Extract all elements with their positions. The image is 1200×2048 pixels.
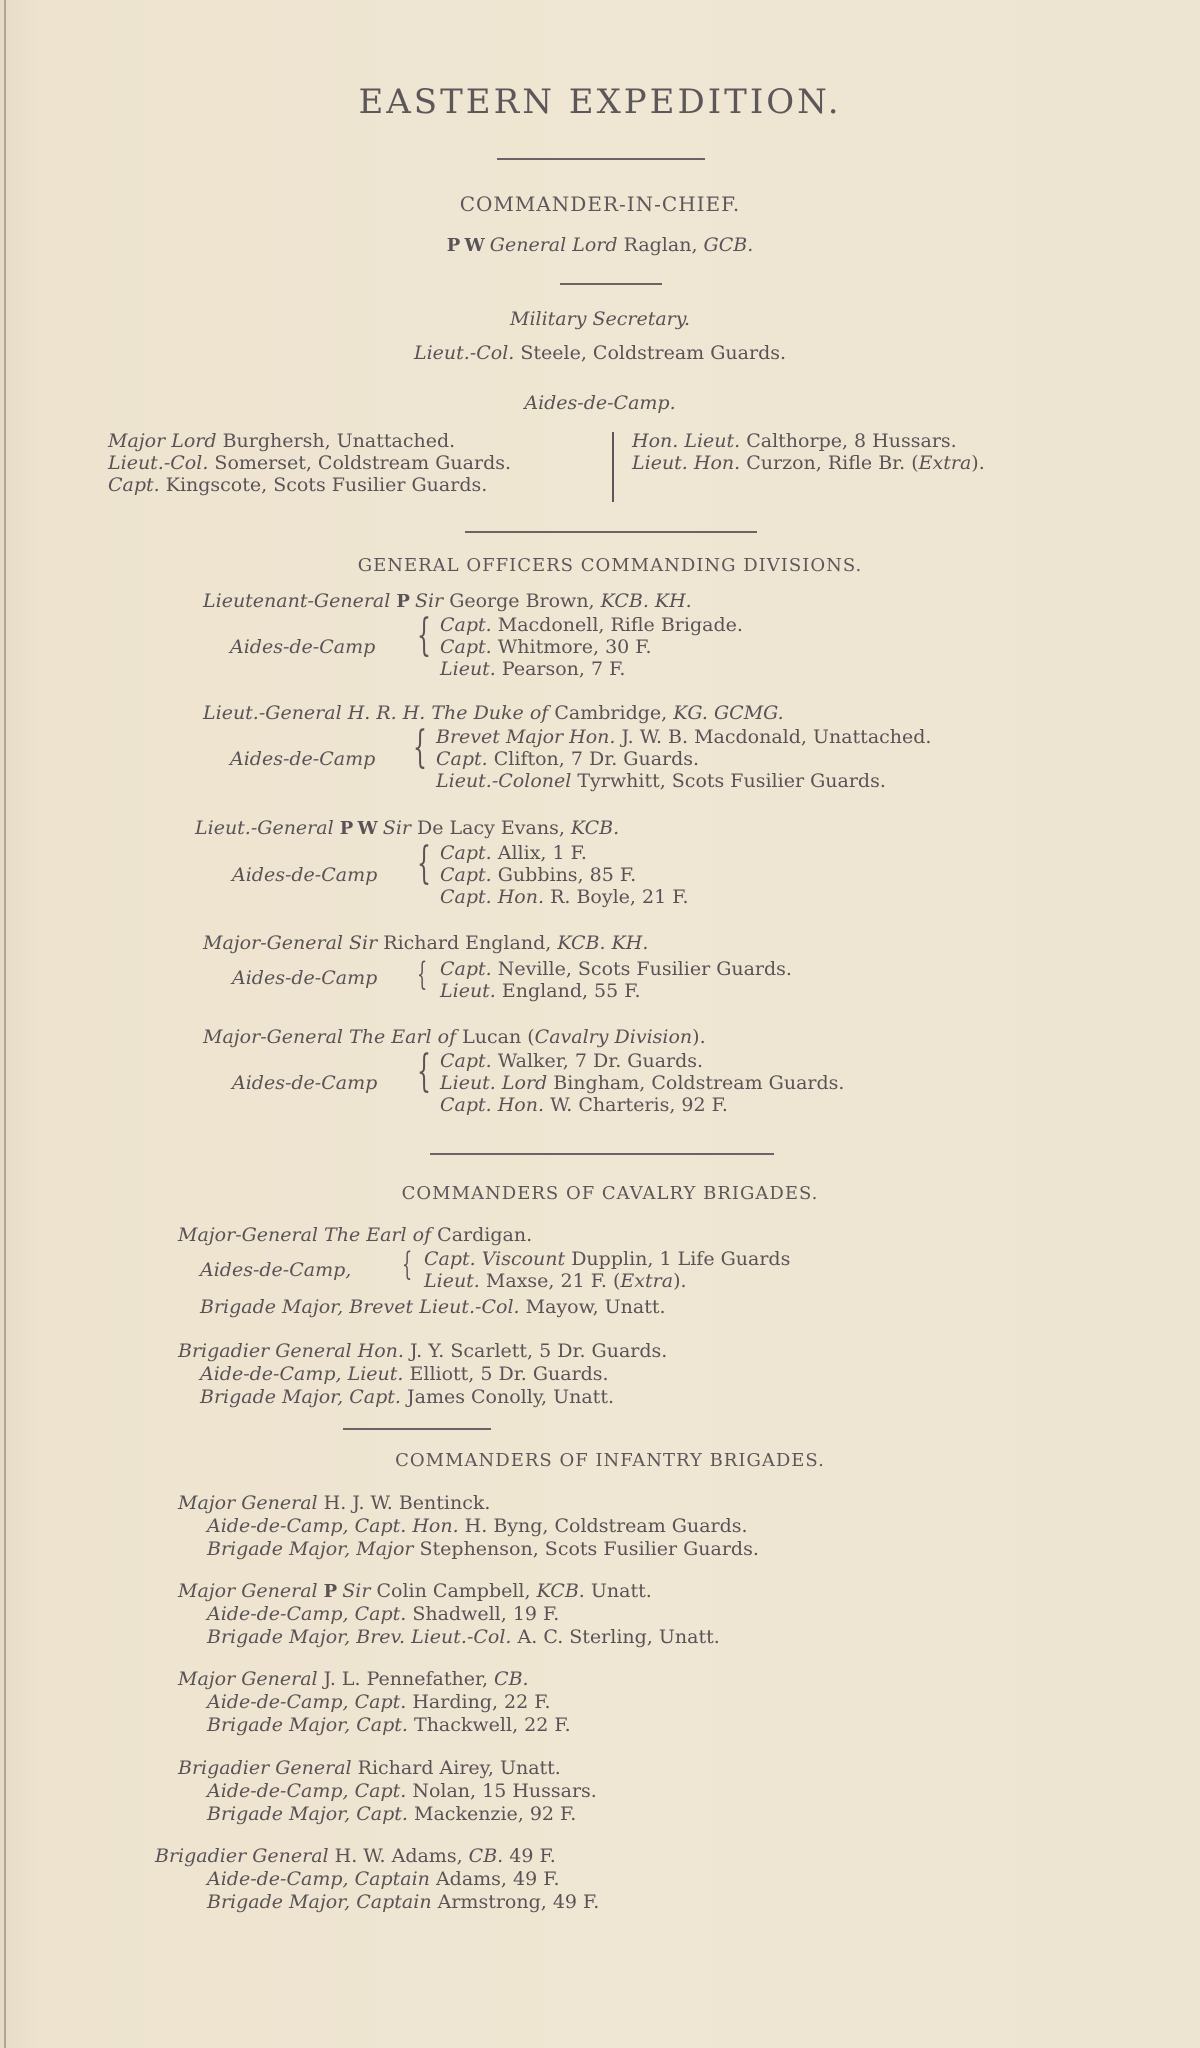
brigade-major-name: Armstrong, 49 F. bbox=[438, 1891, 600, 1913]
commander-rank: Brigadier General Hon. bbox=[178, 1340, 404, 1362]
aide-rank: Lieut.-Col. bbox=[108, 452, 208, 474]
brigade-major: Brigade Major, Major Stephenson, Scots F… bbox=[207, 1538, 759, 1560]
aide-rank: Lieut. Hon. bbox=[632, 452, 740, 474]
commander-rank: Lieut.-General H. R. H. The Duke of bbox=[203, 702, 548, 724]
commander-order: KCB. KH. bbox=[601, 590, 692, 612]
brigade-major: Brigade Major, Brev. Lieut.-Col. A. C. S… bbox=[207, 1626, 720, 1648]
commander-tail: Unatt. bbox=[591, 1580, 652, 1602]
page-title: EASTERN EXPEDITION. bbox=[0, 82, 1200, 122]
brigade-major-rank: Brevet Lieut.-Col. bbox=[349, 1296, 519, 1318]
commander-rank: General Lord bbox=[490, 234, 618, 256]
aide-name: Gubbins, 85 F. bbox=[498, 864, 636, 886]
commander-name: Lucan ( bbox=[462, 1026, 535, 1048]
commander-entry: P W General Lord Raglan, GCB. bbox=[0, 234, 1200, 257]
aide-name: Harding, 22 F. bbox=[412, 1691, 550, 1713]
division-commander-4: Major-General Sir Richard England, KCB. … bbox=[203, 932, 648, 954]
divider-rule bbox=[465, 531, 757, 533]
aide-name: Elliott, 5 Dr. Guards. bbox=[410, 1363, 609, 1385]
brigade-major-rank: Major bbox=[356, 1538, 413, 1560]
brigade-major-label: Brigade Major, bbox=[207, 1891, 350, 1913]
aide-rank: Lieut.-Colonel bbox=[436, 770, 571, 792]
aide-entry: Aide-de-Camp, Lieut. Elliott, 5 Dr. Guar… bbox=[200, 1363, 609, 1385]
aide-rank: Capt. bbox=[355, 1780, 407, 1802]
commander-name: J. Y. Scarlett, 5 Dr. Guards. bbox=[410, 1340, 667, 1362]
aide-rank: Capt. bbox=[440, 1050, 492, 1072]
aide-name: Allix, 1 F. bbox=[498, 842, 587, 864]
brigade-major: Brigade Major, Captain Armstrong, 49 F. bbox=[207, 1891, 599, 1913]
division-aide: Capt. Walker, 7 Dr. Guards. bbox=[440, 1050, 703, 1072]
brace: { bbox=[417, 1050, 431, 1094]
division-aide: Lieut. Lord Bingham, Coldstream Guards. bbox=[440, 1072, 844, 1094]
cavalry-commander-2: Brigadier General Hon. J. Y. Scarlett, 5… bbox=[178, 1340, 667, 1362]
adc-label: Aides-de-Camp bbox=[230, 636, 375, 658]
commander-rank: Major-General Sir bbox=[203, 932, 377, 954]
cavalry-commander-1: Major-General The Earl of Cardigan. bbox=[178, 1224, 532, 1246]
aide-right-1: Hon. Lieut. Calthorpe, 8 Hussars. bbox=[632, 430, 957, 452]
brigade-major-name: Mayow, Unatt. bbox=[526, 1296, 666, 1318]
commander-name: Cambridge, bbox=[554, 702, 667, 724]
aide-name: Calthorpe, 8 Hussars. bbox=[746, 430, 956, 452]
aide-rank: Lieut. bbox=[440, 980, 496, 1002]
commander-rank: Major General bbox=[178, 1580, 318, 1602]
division-aide: Lieut. Pearson, 7 F. bbox=[440, 658, 625, 680]
adc-label: Aides-de-Camp bbox=[230, 748, 375, 770]
commander-order: Cavalry Division bbox=[535, 1026, 692, 1048]
military-secretary-heading: Military Secretary. bbox=[0, 308, 1200, 330]
brigade-major-name: Mackenzie, 92 F. bbox=[414, 1803, 576, 1825]
divisions-heading: GENERAL OFFICERS COMMANDING DIVISIONS. bbox=[10, 555, 1200, 576]
aide-rank: Capt. bbox=[440, 614, 492, 636]
aide-name: Curzon, Rifle Br. ( bbox=[746, 452, 918, 474]
commander-name: H. J. W. Bentinck. bbox=[324, 1492, 491, 1514]
document-page: EASTERN EXPEDITION. COMMANDER-IN-CHIEF. … bbox=[0, 0, 1200, 2048]
brigade-major-name: Stephenson, Scots Fusilier Guards. bbox=[420, 1538, 759, 1560]
adc-label: Aides-de-Camp bbox=[232, 967, 377, 989]
commander-name: Raglan, bbox=[624, 234, 698, 256]
brigade-major: Brigade Major, Capt. Mackenzie, 92 F. bbox=[207, 1803, 576, 1825]
brace: { bbox=[417, 958, 427, 990]
aide-name: Pearson, 7 F. bbox=[502, 658, 625, 680]
aide-rank: Capt. bbox=[355, 1603, 407, 1625]
commander-title: Sir bbox=[342, 1580, 370, 1602]
brigade-major-rank: Capt. bbox=[356, 1714, 408, 1736]
aide-name: Burghersh, Unattached. bbox=[223, 430, 456, 452]
column-divider bbox=[612, 432, 614, 502]
commander-rank: Brigadier General bbox=[155, 1845, 329, 1867]
aide-right-2: Lieut. Hon. Curzon, Rifle Br. (Extra). bbox=[632, 452, 985, 474]
division-aide: Capt. Gubbins, 85 F. bbox=[440, 864, 636, 886]
aide-name: Kingscote, Scots Fusilier Guards. bbox=[166, 474, 488, 496]
aide-left-1: Major Lord Burghersh, Unattached. bbox=[108, 430, 455, 452]
commander-order: GCB. bbox=[704, 234, 754, 256]
aide-entry: Aide-de-Camp, Capt. Hon. H. Byng, Coldst… bbox=[207, 1515, 748, 1537]
divider-rule bbox=[497, 158, 705, 160]
cavalry-heading: COMMANDERS OF CAVALRY BRIGADES. bbox=[10, 1183, 1200, 1204]
aide-entry: Aide-de-Camp, Capt. Harding, 22 F. bbox=[207, 1691, 551, 1713]
aide-name: Maxse, 21 F. ( bbox=[486, 1270, 621, 1292]
commander-name: J. L. Pennefather, bbox=[324, 1668, 488, 1690]
brigade-major-rank: Captain bbox=[356, 1891, 431, 1913]
aide-label: Aide-de-Camp, bbox=[207, 1868, 349, 1890]
honours-marks: P bbox=[324, 1581, 337, 1602]
commander-tail: 49 F. bbox=[509, 1845, 555, 1867]
commander-order: KG. GCMG. bbox=[673, 702, 783, 724]
aide-name: W. Charteris, 92 F. bbox=[550, 1094, 728, 1116]
division-aide: Capt. Whitmore, 30 F. bbox=[440, 636, 652, 658]
brigade-major-rank: Capt. bbox=[349, 1386, 401, 1408]
aide-name: Neville, Scots Fusilier Guards. bbox=[498, 958, 792, 980]
brace: { bbox=[413, 726, 427, 770]
honours-marks: P W bbox=[447, 235, 484, 256]
commander-name: Cardigan. bbox=[437, 1224, 532, 1246]
brigade-major-name: Thackwell, 22 F. bbox=[414, 1714, 571, 1736]
aide-rank: Capt. bbox=[440, 842, 492, 864]
brigade-major-label: Brigade Major, bbox=[200, 1296, 343, 1318]
aide-entry: Aide-de-Camp, Captain Adams, 49 F. bbox=[207, 1868, 560, 1890]
aide-rank: Capt. bbox=[440, 958, 492, 980]
aide-name: Dupplin, 1 Life Guards bbox=[571, 1248, 790, 1270]
divider-rule bbox=[560, 283, 662, 285]
division-aide: Lieut. England, 55 F. bbox=[440, 980, 641, 1002]
commander-tail: ). bbox=[692, 1026, 705, 1048]
division-aide: Capt. Macdonell, Rifle Brigade. bbox=[440, 614, 743, 636]
aide-rank: Capt. Hon. bbox=[440, 886, 544, 908]
commander-rank: Major-General The Earl of bbox=[203, 1026, 456, 1048]
division-aide: Capt. Allix, 1 F. bbox=[440, 842, 587, 864]
aide-rank: Lieut. bbox=[440, 658, 496, 680]
aide-label: Aide-de-Camp, bbox=[207, 1603, 349, 1625]
division-aide: Capt. Hon. R. Boyle, 21 F. bbox=[440, 886, 688, 908]
aide-tail: ). bbox=[971, 452, 984, 474]
brigade-major-rank: Brev. Lieut.-Col. bbox=[356, 1626, 511, 1648]
aide-name: Shadwell, 19 F. bbox=[412, 1603, 559, 1625]
brigade-major-label: Brigade Major, bbox=[207, 1626, 350, 1648]
military-secretary-entry: Lieut.-Col. Steele, Coldstream Guards. bbox=[0, 342, 1200, 364]
brigade-major-label: Brigade Major, bbox=[207, 1538, 350, 1560]
aide-rank: Major Lord bbox=[108, 430, 217, 452]
commander-rank: Brigadier General bbox=[178, 1757, 352, 1779]
aide-extra: Extra bbox=[620, 1270, 673, 1292]
commander-name: Richard England, bbox=[383, 932, 551, 954]
aide-rank: Lieut. bbox=[348, 1363, 404, 1385]
aide-entry: Aide-de-Camp, Capt. Nolan, 15 Hussars. bbox=[207, 1780, 597, 1802]
aide-rank: Captain bbox=[355, 1868, 430, 1890]
division-aide: Brevet Major Hon. J. W. B. Macdonald, Un… bbox=[436, 726, 931, 748]
brigade-major: Brigade Major, Brevet Lieut.-Col. Mayow,… bbox=[200, 1296, 666, 1318]
aide-label: Aide-de-Camp, bbox=[207, 1780, 349, 1802]
infantry-heading: COMMANDERS OF INFANTRY BRIGADES. bbox=[10, 1450, 1200, 1471]
division-aide: Lieut.-Colonel Tyrwhitt, Scots Fusilier … bbox=[436, 770, 886, 792]
aides-heading: Aides-de-Camp. bbox=[0, 392, 1200, 414]
division-aide: Capt. Hon. W. Charteris, 92 F. bbox=[440, 1094, 728, 1116]
commander-rank: Lieut.-General bbox=[195, 817, 334, 839]
adc-label: Aides-de-Camp, bbox=[200, 1259, 351, 1281]
brace: { bbox=[417, 614, 431, 684]
division-aide: Capt. Clifton, 7 Dr. Guards. bbox=[436, 748, 699, 770]
commander-order: CB. bbox=[494, 1668, 529, 1690]
division-commander-5: Major-General The Earl of Lucan (Cavalry… bbox=[203, 1026, 706, 1048]
aide-rank: Hon. Lieut. bbox=[632, 430, 740, 452]
aide-label: Aide-de-Camp, bbox=[207, 1515, 349, 1537]
division-commander-1: Lieutenant-General P Sir George Brown, K… bbox=[203, 590, 692, 613]
commander-order: KCB. bbox=[537, 1580, 585, 1602]
commander-rank: Major-General The Earl of bbox=[178, 1224, 431, 1246]
brigade-major-rank: Capt. bbox=[356, 1803, 408, 1825]
honours-marks: P W bbox=[340, 818, 377, 839]
commander-title: Sir bbox=[415, 590, 443, 612]
aide-label: Aide-de-Camp, bbox=[200, 1363, 342, 1385]
aide-extra: Extra bbox=[919, 452, 972, 474]
brigade-major-name: James Conolly, Unatt. bbox=[407, 1386, 614, 1408]
divider-rule bbox=[430, 1153, 774, 1155]
divider-rule bbox=[343, 1428, 491, 1430]
commander-rank: Major General bbox=[178, 1668, 318, 1690]
infantry-commander-5: Brigadier General H. W. Adams, CB. 49 F. bbox=[155, 1845, 556, 1867]
commander-rank: Major General bbox=[178, 1492, 318, 1514]
aide-rank: Capt. bbox=[440, 864, 492, 886]
aide-rank: Capt. bbox=[355, 1691, 407, 1713]
aide-rank: Lieut. Lord bbox=[440, 1072, 547, 1094]
commander-heading: COMMANDER-IN-CHIEF. bbox=[0, 192, 1200, 216]
infantry-commander-2: Major General P Sir Colin Campbell, KCB.… bbox=[178, 1580, 652, 1603]
commander-order: CB. bbox=[469, 1845, 504, 1867]
aide-rank: Capt. bbox=[108, 474, 160, 496]
aide-name: Nolan, 15 Hussars. bbox=[412, 1780, 597, 1802]
commander-order: KCB. bbox=[571, 817, 619, 839]
aide-rank: Capt. Viscount bbox=[424, 1248, 565, 1270]
aide-name: Somerset, Coldstream Guards. bbox=[214, 452, 511, 474]
aide-name: Macdonell, Rifle Brigade. bbox=[498, 614, 743, 636]
brigade-major-label: Brigade Major, bbox=[207, 1803, 350, 1825]
brigade-major-name: A. C. Sterling, Unatt. bbox=[518, 1626, 720, 1648]
commander-name: Colin Campbell, bbox=[377, 1580, 531, 1602]
commander-order: KCB. KH. bbox=[557, 932, 648, 954]
brace: { bbox=[417, 842, 431, 886]
aide-name: Clifton, 7 Dr. Guards. bbox=[494, 748, 699, 770]
adc-label: Aides-de-Camp bbox=[232, 864, 377, 886]
aide-name: H. Byng, Coldstream Guards. bbox=[465, 1515, 748, 1537]
aide-name: Walker, 7 Dr. Guards. bbox=[498, 1050, 703, 1072]
infantry-commander-1: Major General H. J. W. Bentinck. bbox=[178, 1492, 490, 1514]
adc-label: Aides-de-Camp bbox=[232, 1072, 377, 1094]
cavalry-aide: Lieut. Maxse, 21 F. (Extra). bbox=[424, 1270, 687, 1292]
division-commander-3: Lieut.-General P W Sir De Lacy Evans, KC… bbox=[195, 817, 619, 840]
aide-left-2: Lieut.-Col. Somerset, Coldstream Guards. bbox=[108, 452, 511, 474]
brace: { bbox=[402, 1248, 412, 1280]
aide-left-3: Capt. Kingscote, Scots Fusilier Guards. bbox=[108, 474, 487, 496]
aide-name: England, 55 F. bbox=[502, 980, 641, 1002]
secretary-rank: Lieut.-Col. bbox=[414, 342, 514, 364]
infantry-commander-3: Major General J. L. Pennefather, CB. bbox=[178, 1668, 529, 1690]
aide-name: Tyrwhitt, Scots Fusilier Guards. bbox=[577, 770, 885, 792]
aide-rank: Capt. bbox=[440, 636, 492, 658]
commander-name: Richard Airey, Unatt. bbox=[358, 1757, 561, 1779]
aide-tail: ). bbox=[673, 1270, 686, 1292]
secretary-name: Steele, Coldstream Guards. bbox=[520, 342, 786, 364]
aide-rank: Capt. Hon. bbox=[440, 1094, 544, 1116]
aide-name: J. W. B. Macdonald, Unattached. bbox=[622, 726, 932, 748]
commander-name: H. W. Adams, bbox=[335, 1845, 463, 1867]
division-aide: Capt. Neville, Scots Fusilier Guards. bbox=[440, 958, 792, 980]
brigade-major: Brigade Major, Capt. Thackwell, 22 F. bbox=[207, 1714, 571, 1736]
cavalry-aide: Capt. Viscount Dupplin, 1 Life Guards bbox=[424, 1248, 790, 1270]
aide-rank: Brevet Major Hon. bbox=[436, 726, 615, 748]
infantry-commander-4: Brigadier General Richard Airey, Unatt. bbox=[178, 1757, 561, 1779]
aide-name: Bingham, Coldstream Guards. bbox=[553, 1072, 844, 1094]
aide-label: Aide-de-Camp, bbox=[207, 1691, 349, 1713]
honours-marks: P bbox=[396, 591, 409, 612]
aide-name: Adams, 49 F. bbox=[436, 1868, 560, 1890]
commander-title: Sir bbox=[383, 817, 411, 839]
brigade-major-label: Brigade Major, bbox=[207, 1714, 350, 1736]
brigade-major-label: Brigade Major, bbox=[200, 1386, 343, 1408]
aide-entry: Aide-de-Camp, Capt. Shadwell, 19 F. bbox=[207, 1603, 559, 1625]
aide-rank: Capt. bbox=[436, 748, 488, 770]
aide-rank: Capt. Hon. bbox=[355, 1515, 459, 1537]
aide-rank: Lieut. bbox=[424, 1270, 480, 1292]
commander-name: De Lacy Evans, bbox=[417, 817, 565, 839]
commander-rank: Lieutenant-General bbox=[203, 590, 390, 612]
brigade-major: Brigade Major, Capt. James Conolly, Unat… bbox=[200, 1386, 614, 1408]
aide-name: Whitmore, 30 F. bbox=[498, 636, 652, 658]
division-commander-2: Lieut.-General H. R. H. The Duke of Camb… bbox=[203, 702, 784, 724]
aide-name: R. Boyle, 21 F. bbox=[550, 886, 688, 908]
commander-name: George Brown, bbox=[449, 590, 594, 612]
